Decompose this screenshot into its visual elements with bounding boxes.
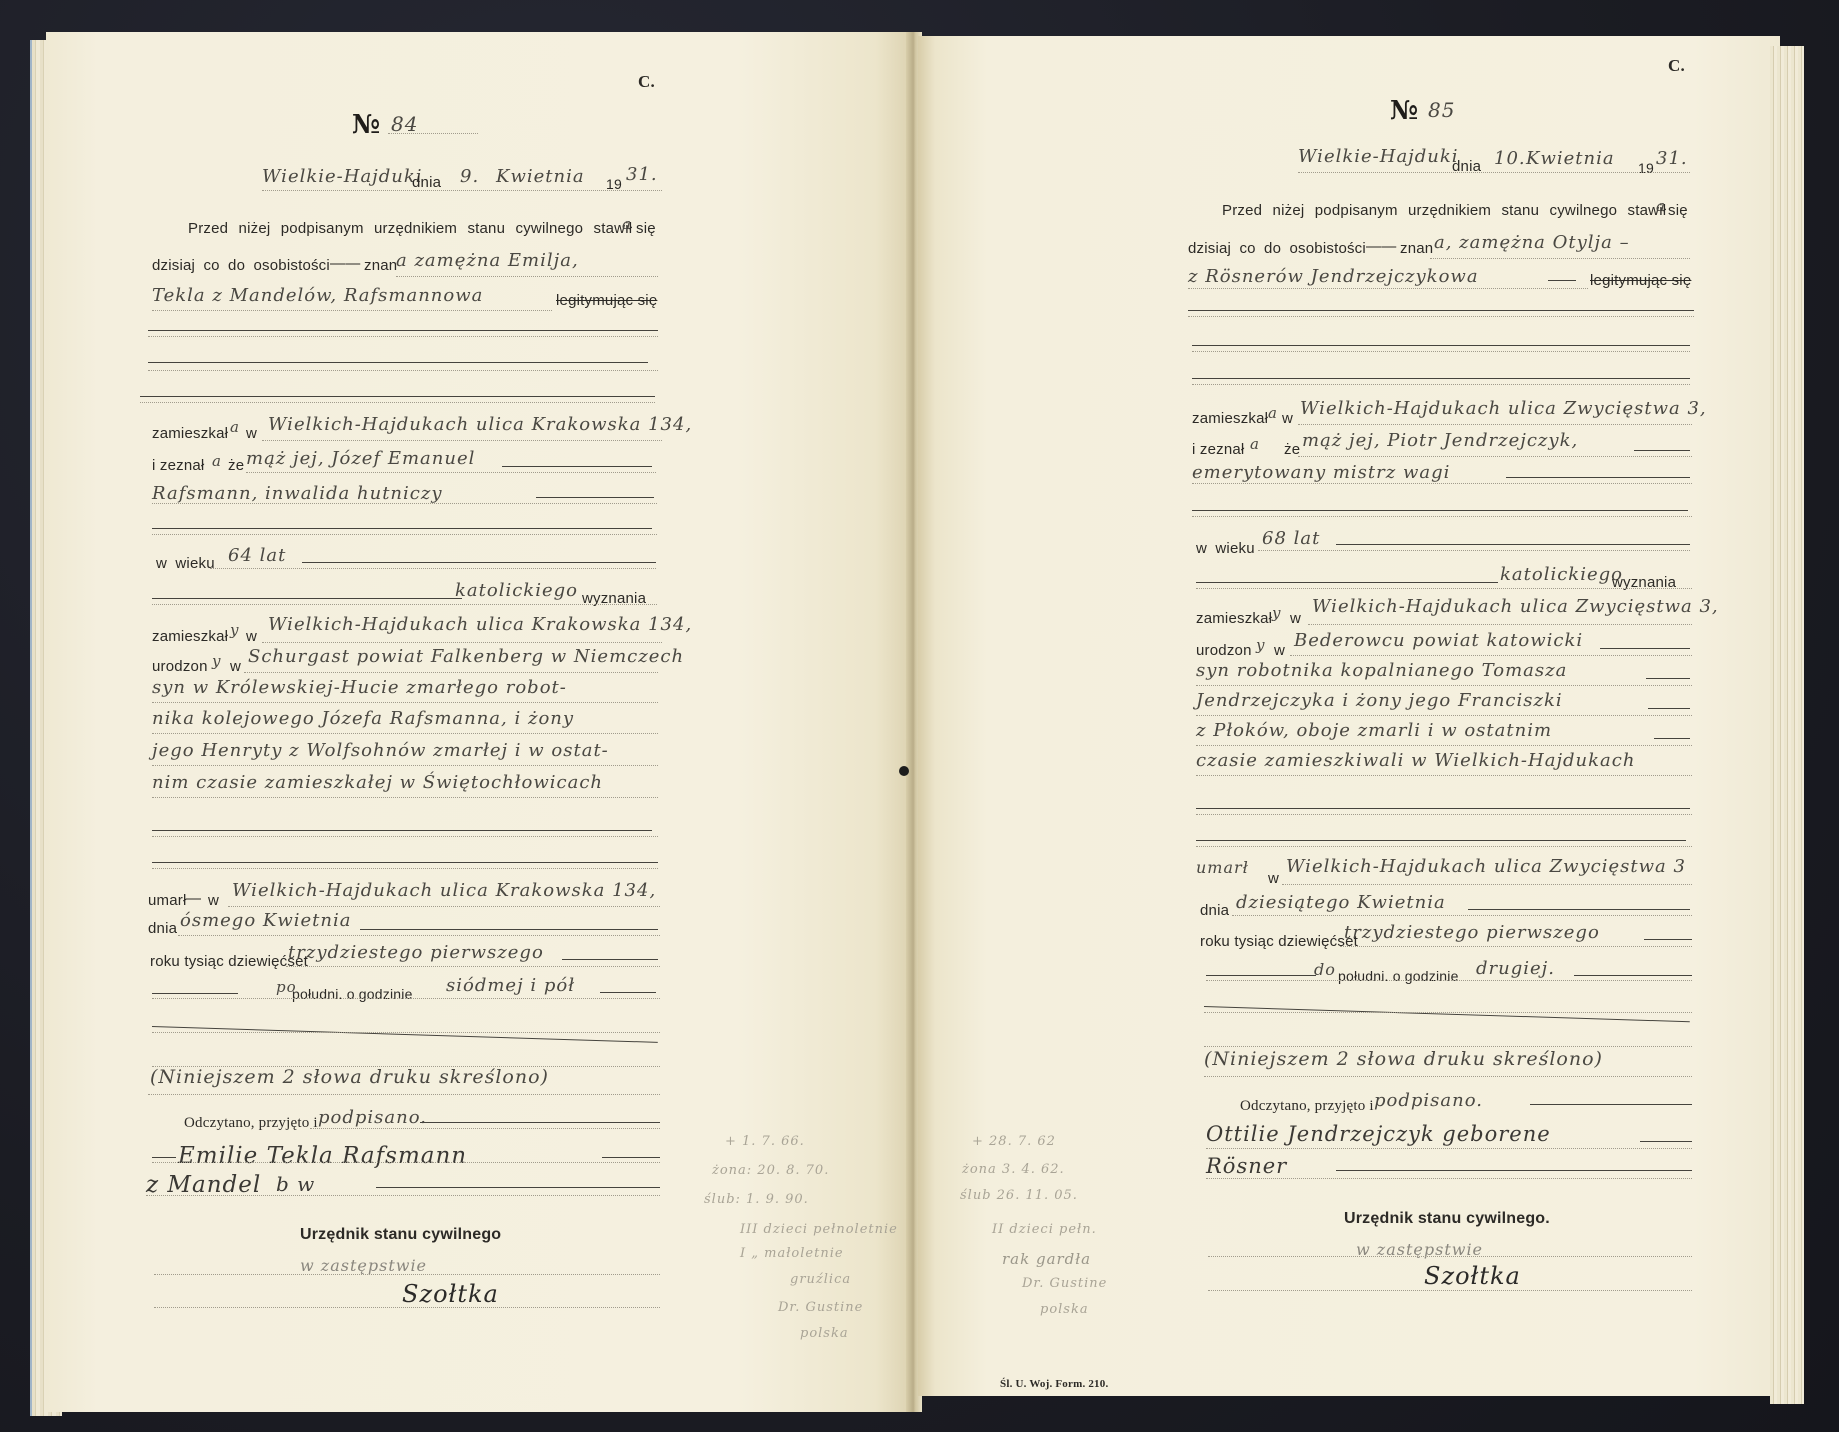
- dotted-line: [210, 568, 656, 569]
- age-label: w wieku: [1196, 540, 1255, 557]
- dotted-line: [152, 503, 657, 504]
- dotted-line: [152, 1032, 660, 1033]
- dotted-line: [1298, 172, 1690, 173]
- date-day: 9.: [460, 166, 479, 187]
- right-page-edges: [1770, 46, 1804, 1404]
- rule: [1648, 708, 1690, 709]
- born-hand-4: z Płoków, oboje zmarli i w ostatnim: [1196, 720, 1552, 741]
- resident-suffix: a: [230, 418, 240, 436]
- year-prefix: 19: [1638, 160, 1654, 176]
- read-hand: podpisano.: [318, 1107, 427, 1128]
- rule: [1600, 648, 1690, 649]
- dotted-line: [152, 797, 658, 798]
- identity-known: znan: [364, 257, 397, 274]
- dotted-line: [1340, 946, 1692, 947]
- hour-hand: drugiej.: [1476, 958, 1555, 979]
- read-label: Odczytano, przyjęto i: [1240, 1098, 1374, 1115]
- dotted-line: [152, 310, 552, 311]
- died-w: w: [208, 892, 219, 909]
- place-name: Wielkie-Hajduki: [1298, 146, 1459, 167]
- rule: [602, 1157, 660, 1158]
- dotted-line: [140, 402, 655, 403]
- rule: [1192, 345, 1690, 346]
- resident-label: zamieszkał: [152, 425, 228, 442]
- death-year-hand: trzydziestego pierwszego: [1344, 922, 1600, 943]
- place-name: Wielkie-Hajduki: [262, 166, 423, 187]
- rule: [536, 497, 654, 498]
- deceased-resident-label: zamieszkał: [1196, 610, 1272, 627]
- rule: [1188, 310, 1694, 311]
- rule: [1644, 939, 1692, 940]
- noon-hand: do: [1314, 960, 1336, 979]
- rule: [360, 929, 658, 930]
- deceased-resident-w: w: [1290, 610, 1301, 627]
- read-label: Odczytano, przyjęto i: [184, 1115, 318, 1132]
- series-letter: C.: [638, 72, 655, 92]
- death-year-label: roku tysiąc dziewięćset: [1200, 933, 1358, 950]
- deceased-resident-label: zamieszkał: [152, 628, 228, 645]
- dotted-line: [1196, 814, 1692, 815]
- rule: [140, 396, 655, 397]
- dotted-line: [262, 642, 662, 643]
- dotted-line: [152, 604, 657, 605]
- dotted-line: [1208, 1256, 1692, 1257]
- identity-dash: ——: [330, 255, 360, 272]
- dotted-line: [152, 1162, 660, 1163]
- declared-label: i zeznał: [1192, 441, 1244, 458]
- rule: [1196, 582, 1498, 583]
- rule: [1646, 678, 1690, 679]
- dotted-line: [146, 1195, 660, 1196]
- dotted-line: [1308, 624, 1692, 625]
- born-hand-2: syn robotnika kopalnianego Tomasza: [1196, 660, 1567, 681]
- rule: [1574, 975, 1692, 976]
- rule: [1192, 378, 1690, 379]
- died-w: w: [1268, 870, 1279, 887]
- rule: [502, 466, 652, 467]
- dotted-line: [286, 966, 660, 967]
- official-signature: Szołtka: [402, 1280, 499, 1308]
- dotted-line: [1196, 846, 1692, 847]
- pencil-note: polska: [800, 1326, 849, 1341]
- dotted-line: [178, 935, 660, 936]
- born-hand-3: Jendrzejczyka i żony jego Franciszki: [1196, 690, 1563, 711]
- pencil-note: Dr. Gustine: [1022, 1276, 1107, 1291]
- died-hand: Wielkich-Hajdukach ulica Zwycięstwa 3: [1286, 856, 1686, 877]
- record-number: 85: [1428, 98, 1455, 122]
- dotted-line: [152, 702, 658, 703]
- rule: [148, 362, 648, 363]
- binding-hole: [899, 766, 909, 776]
- dotted-line: [1208, 1290, 1692, 1291]
- rule: [1336, 544, 1690, 545]
- pencil-note: Dr. Gustine: [778, 1300, 863, 1315]
- dotted-line: [262, 190, 662, 191]
- pencil-note: II dzieci pełn.: [992, 1222, 1097, 1237]
- dotted-line: [152, 868, 658, 869]
- record-number-label: №: [352, 110, 380, 140]
- rule: [1530, 1104, 1692, 1105]
- born-hand-2: syn w Królewskiej-Hucie zmarłego robot-: [152, 677, 567, 698]
- dotted-line: [1196, 685, 1692, 686]
- identity-dash: ——: [1366, 238, 1396, 255]
- rule: [152, 598, 462, 599]
- identity-hand-2: z Rösnerów Jendrzejczykowa: [1188, 266, 1479, 287]
- declared-label: i zeznał: [152, 457, 204, 474]
- dotted-line: [152, 534, 657, 535]
- dotted-line: [1232, 915, 1692, 916]
- rule: [148, 330, 658, 331]
- dotted-line: [1290, 655, 1692, 656]
- deceased-resident-suffix: y: [230, 621, 239, 639]
- rule: [1634, 450, 1690, 451]
- identity-struck: legitymując się: [1590, 272, 1691, 289]
- born-w: w: [1274, 642, 1285, 659]
- official-signature: Szołtka: [1424, 1262, 1521, 1290]
- dotted-line: [152, 836, 658, 837]
- identity-hand-1: a, zamężna Otylja –: [1434, 232, 1630, 253]
- rule: [152, 862, 658, 863]
- noon-label: południ. o godzinie: [1338, 968, 1459, 984]
- rule: [152, 528, 652, 529]
- dotted-line: [1204, 1076, 1692, 1077]
- rule: [1548, 280, 1576, 281]
- intro-text: Przed niżej podpisanym urzędnikiem stanu…: [188, 220, 632, 237]
- official-label: Urzędnik stanu cywilnego.: [1344, 1210, 1550, 1228]
- record-number-label: №: [1390, 96, 1418, 126]
- born-hand-1: Bederowcu powiat katowicki: [1294, 630, 1583, 651]
- rule: [562, 959, 658, 960]
- identity-label: dzisiaj co do osobistości: [152, 257, 330, 274]
- dotted-line: [1192, 351, 1690, 352]
- dotted-line: [1196, 715, 1692, 716]
- born-hand-4: jego Henryty z Wolfsohnów zmarłej i w os…: [152, 740, 609, 761]
- identity-struck: legitymując się: [556, 292, 657, 309]
- pencil-note: żona: 20. 8. 70.: [712, 1163, 829, 1178]
- signature-declarant-2b: b w: [276, 1172, 315, 1196]
- dotted-line: [1298, 424, 1692, 425]
- born-hand-5: czasie zamieszkiwali w Wielkich-Hajdukac…: [1196, 750, 1635, 771]
- dotted-line: [1206, 980, 1692, 981]
- resident-hand: Wielkich-Hajdukach ulica Zwycięstwa 3,: [1300, 398, 1707, 419]
- dotted-line: [1188, 316, 1694, 317]
- dotted-line: [1196, 745, 1692, 746]
- dotted-line: [246, 472, 656, 473]
- dotted-line: [1196, 588, 1692, 589]
- dotted-line: [1282, 884, 1692, 885]
- pencil-note: + 28. 7. 62: [972, 1134, 1056, 1149]
- deceased-resident-hand: Wielkich-Hajdukach ulica Zwycięstwa 3,: [1312, 596, 1719, 617]
- age-hand: 64 lat: [228, 545, 286, 566]
- date-month: Kwietnia: [1526, 148, 1615, 169]
- dotted-line: [1206, 1148, 1692, 1149]
- rule: [1640, 1141, 1692, 1142]
- pencil-note: polska: [1040, 1302, 1089, 1317]
- pencil-note: ślub 26. 11. 05.: [960, 1188, 1078, 1203]
- rule: [1468, 909, 1690, 910]
- born-suffix: y: [1256, 636, 1265, 654]
- deputy-note: w zastępstwie: [300, 1256, 427, 1275]
- born-hand-5: nim czasie zamieszkałej w Świętochłowica…: [152, 772, 603, 793]
- form-footer: Śl. U. Woj. Form. 210.: [1000, 1378, 1108, 1390]
- rule: [1192, 510, 1688, 511]
- rule: [1196, 808, 1690, 809]
- declared-ze: że: [228, 457, 244, 474]
- pencil-note: żona 3. 4. 62.: [962, 1162, 1065, 1177]
- deceased-resident-hand: Wielkich-Hajdukach ulica Krakowska 134,: [268, 614, 692, 635]
- identity-known: znan: [1400, 240, 1433, 257]
- death-day-hand: ósmego Kwietnia: [180, 910, 351, 931]
- dotted-line: [1192, 516, 1692, 517]
- year-suffix: 31.: [1656, 148, 1688, 169]
- date-day: 10.: [1494, 148, 1526, 169]
- dotted-line: [1204, 1012, 1692, 1013]
- rule: [1206, 975, 1316, 976]
- dotted-line: [152, 998, 660, 999]
- dotted-line: [1206, 1178, 1692, 1179]
- signature-declarant-1: Ottilie Jendrzejczyk geborene: [1206, 1122, 1551, 1146]
- dotted-line: [148, 370, 658, 371]
- death-day-label: dnia: [148, 920, 177, 937]
- died-label: umarł: [148, 892, 187, 909]
- pencil-note: rak gardła: [1002, 1250, 1091, 1268]
- official-label: Urzędnik stanu cywilnego: [300, 1226, 501, 1244]
- rule: [1654, 738, 1690, 739]
- year-suffix: 31.: [626, 164, 658, 185]
- rule: [1506, 477, 1690, 478]
- rule: [600, 992, 656, 993]
- dotted-line: [148, 336, 658, 337]
- pencil-note: I „ małoletnie: [740, 1246, 844, 1261]
- dotted-line: [1196, 775, 1692, 776]
- date-month: Kwietnia: [496, 166, 585, 187]
- pencil-note: ślub: 1. 9. 90.: [704, 1192, 809, 1207]
- death-year-label: roku tysiąc dziewięćset: [150, 953, 308, 970]
- series-letter: C.: [1668, 56, 1685, 76]
- dotted-line: [152, 733, 658, 734]
- dotted-line: [154, 1274, 660, 1275]
- declared-hand-2: Rafsmann, inwalida hutniczy: [152, 483, 443, 504]
- dotted-line: [1430, 258, 1690, 259]
- dotted-line: [154, 1307, 660, 1308]
- rule: [152, 830, 652, 831]
- signature-declarant-2: Rösner: [1206, 1154, 1287, 1178]
- born-suffix: y: [212, 652, 221, 670]
- dotted-line: [262, 440, 662, 441]
- died-hand: Wielkich-Hajdukach ulica Krakowska 134,: [232, 880, 656, 901]
- intro-end: się: [1668, 202, 1688, 219]
- born-hand-3: nika kolejowego Józefa Rafsmanna, i żony: [152, 708, 574, 729]
- religion-hand: katolickiego: [455, 580, 578, 601]
- age-label: w wieku: [156, 555, 215, 572]
- intro-suffix: a: [622, 215, 632, 233]
- born-label: urodzon: [152, 658, 208, 675]
- intro-suffix: a: [1656, 197, 1666, 215]
- pencil-note: + 1. 7. 66.: [725, 1134, 805, 1149]
- dotted-line: [1192, 483, 1692, 484]
- dotted-line: [228, 906, 660, 907]
- rule: [152, 993, 238, 994]
- resident-label: zamieszkał: [1192, 410, 1268, 427]
- intro-text: Przed niżej podpisanym urzędnikiem stanu…: [1222, 202, 1666, 219]
- born-hand-1: Schurgast powiat Falkenberg w Niemczech: [248, 646, 684, 667]
- dotted-line: [152, 765, 658, 766]
- dotted-line: [310, 1128, 660, 1129]
- declared-hand-1: mąż jej, Józef Emanuel: [246, 448, 475, 469]
- resident-w: w: [246, 425, 257, 442]
- died-label: umarł: [1196, 858, 1249, 877]
- correction-note: (Niniejszem 2 słowa druku skreślono): [1204, 1048, 1603, 1070]
- dotted-line: [1204, 1046, 1692, 1047]
- pencil-note: gruźlica: [790, 1272, 851, 1287]
- dotted-line: [1192, 384, 1690, 385]
- rule: [302, 562, 656, 563]
- death-day-label: dnia: [1200, 902, 1229, 919]
- dotted-line: [1188, 288, 1588, 289]
- died-dash: —: [186, 890, 201, 907]
- resident-suffix: a: [1268, 404, 1278, 422]
- declared-hand-1: mąż jej, Piotr Jendrzejczyk,: [1302, 430, 1578, 451]
- identity-hand-2: Tekla z Mandelów, Rafsmannowa: [152, 285, 483, 306]
- born-label: urodzon: [1196, 642, 1252, 659]
- dotted-line: [148, 1094, 660, 1095]
- rule: [420, 1122, 660, 1123]
- born-w: w: [230, 658, 241, 675]
- resident-w: w: [1282, 410, 1293, 427]
- death-day-hand: dziesiątego Kwietnia: [1236, 892, 1446, 913]
- age-hand: 68 lat: [1262, 528, 1320, 549]
- correction-note: (Niniejszem 2 słowa druku skreślono): [150, 1066, 549, 1088]
- deceased-resident-suffix: y: [1272, 604, 1281, 622]
- noon-label: południ. o godzinie: [292, 986, 413, 1002]
- dotted-line: [1298, 456, 1692, 457]
- identity-hand-1: a zamężna Emilja,: [396, 250, 579, 271]
- religion-hand: katolickiego: [1500, 564, 1623, 585]
- dotted-line: [1258, 550, 1690, 551]
- rule: [152, 1157, 176, 1158]
- rule: [376, 1187, 660, 1188]
- hour-hand: siódmej i pół: [446, 975, 575, 996]
- resident-hand: Wielkich-Hajdukach ulica Krakowska 134,: [268, 414, 692, 435]
- declared-suffix: a: [212, 452, 222, 470]
- identity-label: dzisiaj co do osobistości: [1188, 240, 1366, 257]
- pencil-note: III dzieci pełnoletnie: [740, 1222, 898, 1237]
- declared-suffix: a: [1250, 435, 1260, 453]
- death-year-hand: trzydziestego pierwszego: [288, 942, 544, 963]
- read-hand: podpisano.: [1374, 1090, 1483, 1111]
- dotted-line: [244, 672, 658, 673]
- rule: [1336, 1170, 1692, 1171]
- dotted-line: [388, 133, 478, 134]
- declared-hand-2: emerytowany mistrz wagi: [1192, 462, 1450, 483]
- intro-end: się: [636, 220, 656, 237]
- date-label: dnia: [412, 174, 441, 191]
- signature-declarant-1: Emilie Tekla Rafsmann: [178, 1143, 467, 1169]
- deceased-resident-w: w: [246, 628, 257, 645]
- dotted-line: [396, 276, 658, 277]
- rule: [1196, 840, 1686, 841]
